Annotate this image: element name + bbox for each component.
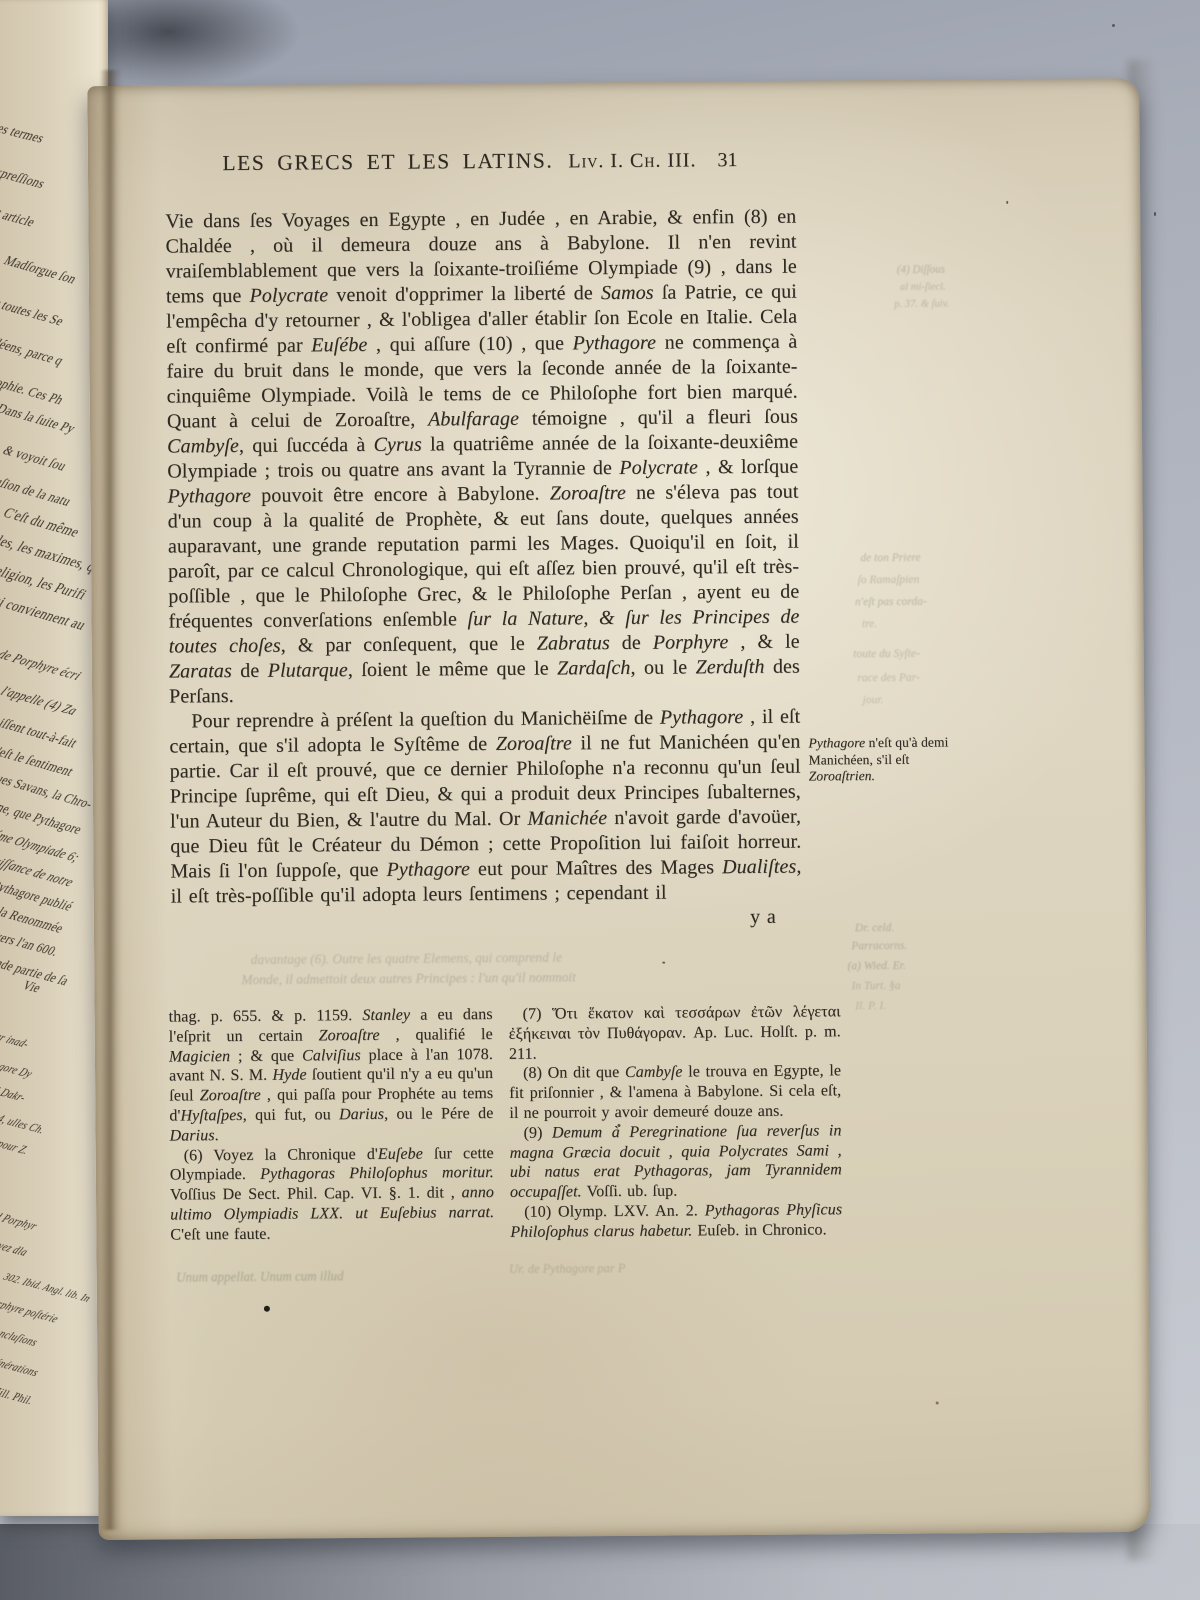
facing-page-line: concluſions: [0, 1326, 40, 1349]
facing-page-line: Voyez dla: [0, 1238, 30, 1259]
facing-page-line: thagore Dy: [0, 1058, 34, 1080]
footnote-column-left: thag. p. 655. & p. 1159. Stanley a eu da…: [169, 1005, 495, 1245]
bleed-through-line: al mi-ſiecl.: [900, 280, 946, 292]
paper-speck: [662, 962, 665, 964]
paper-speck: [1006, 201, 1008, 204]
bleed-through-line: race des Par-: [857, 670, 920, 685]
footnote: (10) Olymp. LXV. An. 2. Pythagoras Phyſi…: [510, 1200, 842, 1242]
facing-page-line: générations: [0, 1356, 41, 1379]
facing-page-line: ad Porphyr: [0, 1210, 39, 1233]
facing-page-line: les expreſſions: [0, 160, 48, 193]
bleed-through-line: Parracorns.: [851, 938, 907, 953]
footnotes: thag. p. 655. & p. 1159. Stanley a eu da…: [169, 1002, 843, 1245]
bleed-through-line: n'eſt pas corda-: [855, 594, 927, 610]
gutter-crease: [100, 70, 122, 1530]
catchword: y a: [171, 905, 802, 935]
paragraph: Pour reprendre à préſent la queſtion du …: [169, 705, 802, 910]
margin-note: Pythagore n'eſt qu'à demi Manichéen, s'i…: [808, 734, 964, 785]
footnote: (6) Voyez la Chronique d'Euſebe ſur cett…: [170, 1144, 495, 1246]
paper-speck: [264, 1306, 270, 1312]
dust-speck: [1112, 24, 1115, 27]
facing-page-line: Philoſophie. Ces Ph: [0, 368, 66, 409]
footnote: (8) On dit que Cambyſe le trouva en Egyp…: [509, 1062, 841, 1124]
header-chapter: Liv. I. Ch. III.: [568, 149, 696, 173]
facing-page-line: L. p. 302. Ibid. Angl. lib. In: [0, 1266, 93, 1305]
bleed-through-line: In Turt. §a: [851, 978, 900, 993]
bleed-through-line: Il. P. I.: [855, 998, 886, 1013]
bleed-through-line: (a) Wied. Er.: [847, 958, 905, 973]
bleed-through-line: Dr. celd.: [855, 920, 894, 935]
footnote-column-right: (7) Ὅτι ἕκατον καὶ τεσσάρων ἐτῶν λέγεται…: [509, 1002, 843, 1242]
bleed-through-line: de ton Priere: [860, 550, 920, 565]
paragraph: Vie dans ſes Voyages en Egypte , en Judé…: [165, 205, 800, 710]
bleed-through-line: (4) Diſſous: [897, 263, 945, 275]
facing-page-line: nt les termes: [0, 118, 47, 147]
facing-page-line: ratus de Porphyre écri: [0, 640, 84, 685]
bleed-through-line: davantage (6). Outre les quatre Elemens,…: [251, 950, 562, 968]
footnote: (7) Ὅτι ἕκατον καὶ τεσσάρων ἐτῶν λέγεται…: [509, 1002, 841, 1064]
bleed-through-line: toute du Syſte-: [853, 646, 920, 662]
body-text: Vie dans ſes Voyages en Egypte , en Judé…: [165, 205, 802, 935]
bleed-through-line: ſo Ramaſpien: [857, 572, 919, 587]
facing-page-line: ] y 4, ulles Ch.: [0, 1110, 47, 1136]
facing-page-line: oſes. C'eſt du même: [0, 498, 82, 542]
footnote: (9) Demum à Peregrinatione ſua reverſus …: [509, 1121, 842, 1203]
bleed-through-line: Unum appellat. Unum cum illud: [176, 1268, 344, 1285]
facing-page-line: x, pour Z.: [0, 1136, 31, 1157]
facing-page-line: , 4 Dakr-: [0, 1084, 28, 1104]
facing-page-line: Dans la ſuite Py: [0, 402, 78, 438]
facing-page-line: pour toutes les Se: [0, 292, 66, 330]
facing-page-line: Hill. Phil.: [0, 1386, 35, 1407]
facing-page-line: an , & voyoit ſou: [0, 438, 69, 475]
running-header: LES GRECS ET LES LATINS. Liv. I. Ch. III…: [165, 147, 795, 177]
facing-page-line: Vie: [19, 978, 44, 996]
book-page: LES GRECS ET LES LATINS. Liv. I. Ch. III…: [87, 78, 1150, 1540]
paper-speck: [617, 1124, 620, 1127]
footnote: thag. p. 655. & p. 1159. Stanley a eu da…: [169, 1005, 494, 1146]
facing-page-line: Porphyre poſtérie: [0, 1296, 60, 1325]
paper-speck: [936, 1402, 939, 1405]
facing-page-line: fut cet article: [0, 200, 38, 231]
bleed-through-line: Monde, il admettoit deux autres Principe…: [241, 970, 576, 989]
bleed-through-line: p. 37. & ſuiv.: [894, 297, 949, 309]
facing-page-line: par inad-: [0, 1030, 31, 1051]
bleed-through-line: Ur. de Pythagore par P: [509, 1260, 625, 1277]
header-title: LES GRECS ET LES LATINS.: [222, 148, 553, 176]
book-photo: nt les termesles expreſſionsfut cet arti…: [0, 0, 1200, 1600]
bleed-through-line: tre.: [862, 616, 877, 631]
dust-speck: [1154, 212, 1156, 216]
facing-page-line: Chaldéens, parce q: [0, 330, 66, 370]
page-number: 31: [717, 149, 737, 172]
facing-page-line: l'inſtruſion de la natu: [0, 468, 74, 511]
bleed-through-line: jour.: [863, 692, 884, 707]
facing-page-line: rue, Madſorgue ſon: [0, 248, 79, 288]
